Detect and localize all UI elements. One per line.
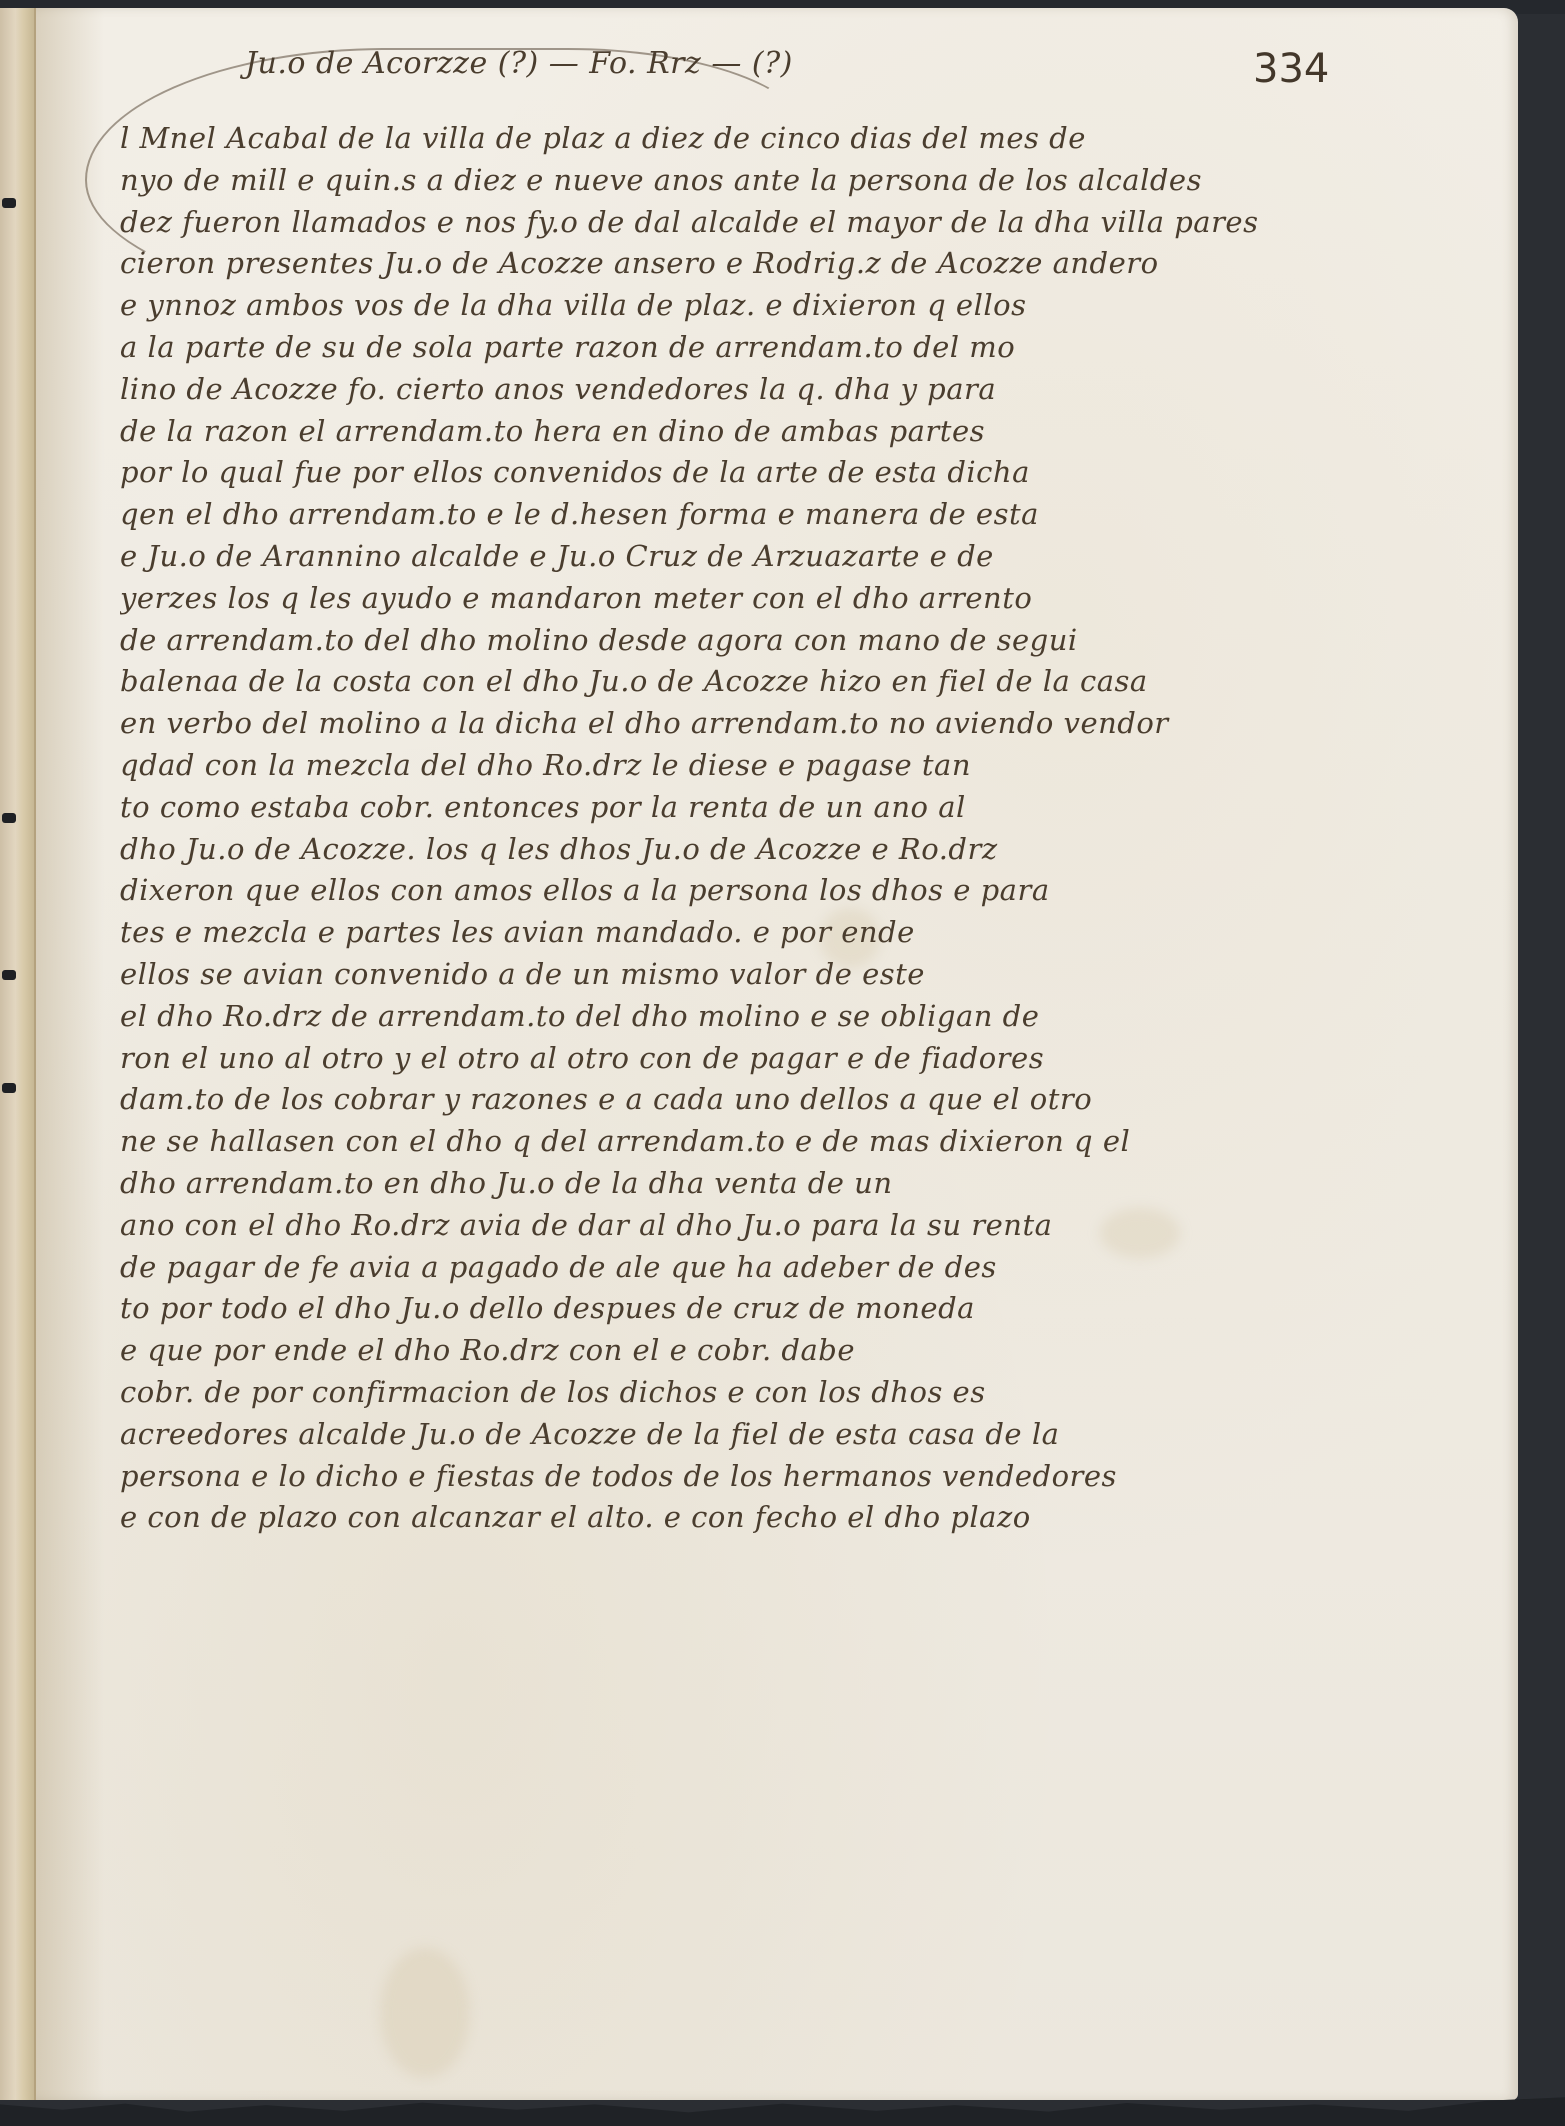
manuscript-line: de la razon el arrendam.to hera en dino … [120, 411, 1500, 453]
manuscript-line: e que por ende el dho Ro.drz con el e co… [120, 1330, 1500, 1372]
manuscript-line: ne se hallasen con el dho q del arrendam… [120, 1121, 1500, 1163]
manuscript-line: dho arrendam.to en dho Ju.o de la dha ve… [120, 1163, 1500, 1205]
manuscript-line: dho Ju.o de Acozze. los q les dhos Ju.o … [120, 829, 1500, 871]
manuscript-line: nyo de mill e quin.s a diez e nueve anos… [120, 160, 1500, 202]
manuscript-line: dez fueron llamados e nos fy.o de dal al… [120, 202, 1500, 244]
manuscript-line: ano con el dho Ro.drz avia de dar al dho… [120, 1205, 1500, 1247]
page-header: Ju.o de Acorzze (?) — Fo. Rrz — (?) [245, 46, 793, 81]
manuscript-line: to por todo el dho Ju.o dello despues de… [120, 1288, 1500, 1330]
manuscript-line: dam.to de los cobrar y razones e a cada … [120, 1079, 1500, 1121]
manuscript-line: balenaa de la costa con el dho Ju.o de A… [120, 661, 1500, 703]
manuscript-line: dixeron que ellos con amos ellos a la pe… [120, 870, 1500, 912]
manuscript-line: tes e mezcla e partes les avian mandado.… [120, 912, 1500, 954]
manuscript-line: por lo qual fue por ellos convenidos de … [120, 452, 1500, 494]
manuscript-line: el dho Ro.drz de arrendam.to del dho mol… [120, 996, 1500, 1038]
manuscript-line: l Mnel Acabal de la villa de plaz a diez… [120, 118, 1500, 160]
manuscript-body: l Mnel Acabal de la villa de plaz a diez… [120, 118, 1500, 1539]
manuscript-line: a la parte de su de sola parte razon de … [120, 327, 1500, 369]
manuscript-line: ellos se avian convenido a de un mismo v… [120, 954, 1500, 996]
manuscript-line: acreedores alcalde Ju.o de Acozze de la … [120, 1414, 1500, 1456]
manuscript-line: cieron presentes Ju.o de Acozze ansero e… [120, 243, 1500, 285]
binding-thread [2, 970, 16, 980]
manuscript-page: Ju.o de Acorzze (?) — Fo. Rrz — (?) 334 … [0, 8, 1518, 2100]
binding-thread [2, 1083, 16, 1093]
manuscript-line: en verbo del molino a la dicha el dho ar… [120, 703, 1500, 745]
manuscript-line: e con de plazo con alcanzar el alto. e c… [120, 1497, 1500, 1539]
manuscript-line: cobr. de por confirmacion de los dichos … [120, 1372, 1500, 1414]
binding-shadow [34, 8, 104, 2100]
folio-number: 334 [1253, 46, 1329, 92]
binding-thread [2, 198, 16, 208]
manuscript-line: e ynnoz ambos vos de la dha villa de pla… [120, 285, 1500, 327]
manuscript-line: to como estaba cobr. entonces por la ren… [120, 787, 1500, 829]
manuscript-line: de pagar de fe avia a pagado de ale que … [120, 1247, 1500, 1289]
binding-thread [2, 813, 16, 823]
manuscript-line: qdad con la mezcla del dho Ro.drz le die… [120, 745, 1500, 787]
manuscript-line: qen el dho arrendam.to e le d.hesen form… [120, 494, 1500, 536]
manuscript-line: persona e lo dicho e fiestas de todos de… [120, 1456, 1500, 1498]
water-stain [380, 1948, 470, 2078]
manuscript-line: yerzes los q les ayudo e mandaron meter … [120, 578, 1500, 620]
binding-strip [0, 8, 36, 2100]
manuscript-line: e Ju.o de Arannino alcalde e Ju.o Cruz d… [120, 536, 1500, 578]
manuscript-line: ron el uno al otro y el otro al otro con… [120, 1038, 1500, 1080]
manuscript-line: de arrendam.to del dho molino desde agor… [120, 620, 1500, 662]
manuscript-line: lino de Acozze fo. cierto anos vendedore… [120, 369, 1500, 411]
